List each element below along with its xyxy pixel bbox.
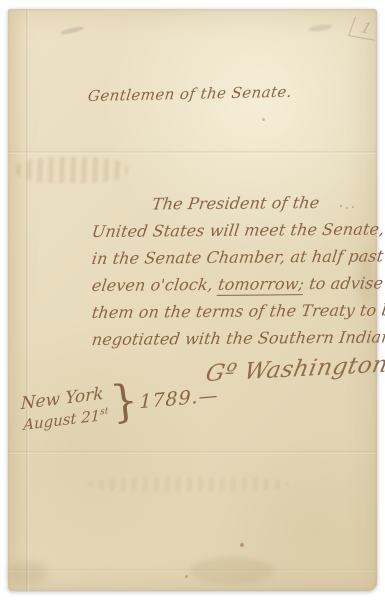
body-line-6: negotiated with the Southern Indians. [90,323,385,353]
dateline-year: 1789.— [140,384,219,413]
pencil-corner-annotation: 1 [348,17,381,41]
body-line-3: in the Senate Chamber, at half past [90,242,385,272]
ink-bleedthrough-top [16,157,128,183]
stain [185,575,188,578]
vertical-fold-crease [26,9,29,591]
ink-bleedthrough-middle [88,477,288,492]
underlined-word: tomorrow; [217,274,306,296]
horizontal-fold-crease-middle [8,451,377,454]
horizontal-fold-crease-top [8,151,377,154]
body-line-2: United States will meet the Senate, [90,215,385,245]
dateline-brace: } [108,378,140,425]
horizontal-fold-crease-bottom [8,569,377,572]
signature: Gº Washington [203,352,385,387]
document-scan: 1 Gentlemen of the Senate. The President… [0,0,385,600]
body-line-4: eleven o'clock, tomorrow; to advise with [90,269,385,299]
stain [308,23,333,32]
dateline-place-date: New York August 21st [20,384,110,434]
pencil-corner-annotation-text: 1 [359,19,375,38]
left-fold-strip [8,9,26,591]
body-line-4-post: to advise with [303,273,385,293]
stain [262,118,265,121]
letter-body: The President of the United States will … [92,191,385,353]
dateline: New York August 21st } 1789.— [19,369,220,435]
salutation: Gentlemen of the Senate. [87,83,293,105]
manuscript-page: 1 Gentlemen of the Senate. The President… [8,9,377,591]
stain [60,25,84,36]
body-line-5: them on the terms of the Treaty to be [90,296,385,326]
body-line-4-pre: eleven o'clock, [91,275,220,295]
dateline-day-suffix: st [100,406,108,417]
body-line-1: The President of the [90,188,385,218]
stain [240,543,244,547]
